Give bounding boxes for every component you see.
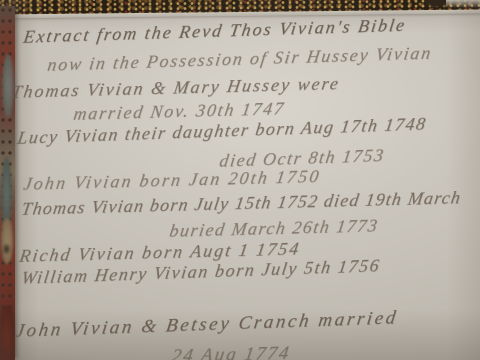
page-corner-highlight: [446, 0, 480, 8]
book-flyleaf-photo: Extract from the Revd Thos Vivian's Bibl…: [0, 0, 480, 360]
marble-blob-maroon: [0, 306, 14, 360]
marble-blob-dark: [3, 244, 10, 254]
manuscript-line-marriage-date-2: 24 Aug 1774: [170, 343, 292, 360]
book-cover-left-edge: [0, 6, 15, 360]
marble-blob-tan: [1, 218, 13, 264]
